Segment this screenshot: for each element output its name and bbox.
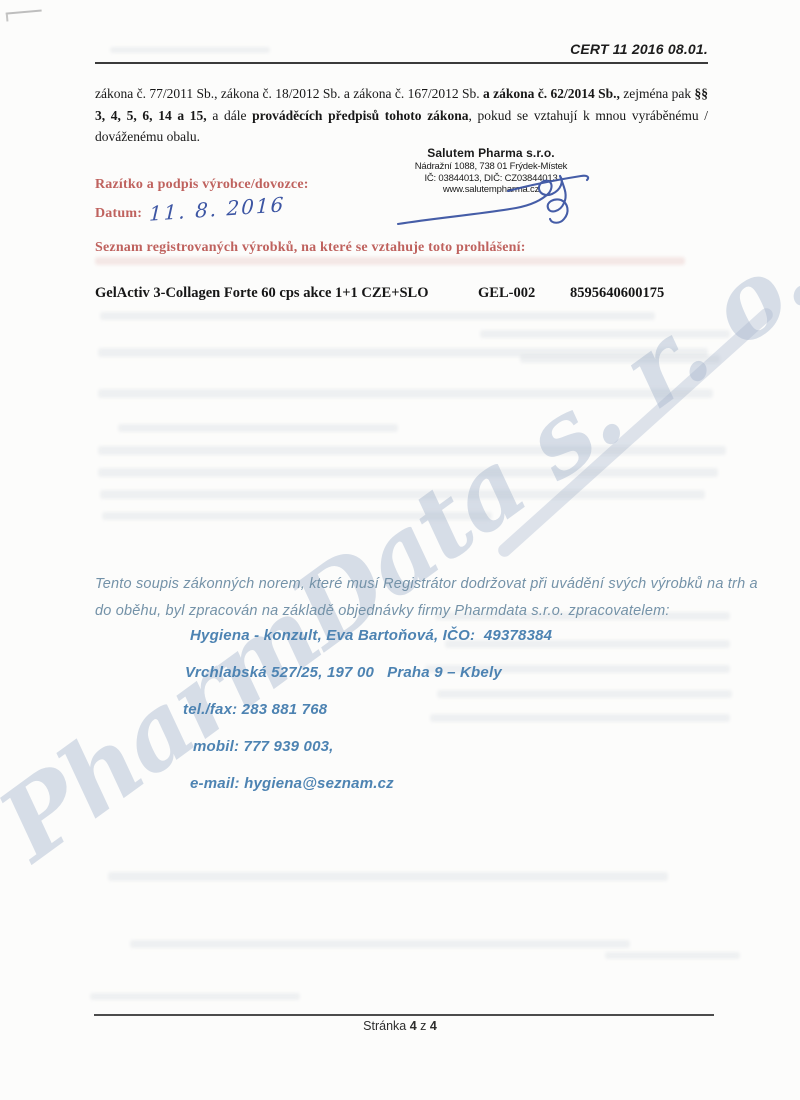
contact-mobile: mobil: 777 939 003, xyxy=(183,735,552,758)
processor-note-line: do oběhu, byl zpracován na základě objed… xyxy=(95,598,775,625)
contact-block: Hygiena - konzult, Eva Bartoňová, IČO: 4… xyxy=(183,624,552,809)
footer-page-current: 4 xyxy=(410,1019,417,1033)
stamp-company-name: Salutem Pharma s.r.o. xyxy=(396,146,586,160)
legal-text-segment: a dále xyxy=(207,108,253,123)
contact-address: Vrchlabská 527/25, 197 00 Praha 9 – Kbel… xyxy=(183,661,552,684)
header-rule xyxy=(95,62,708,64)
product-name: GelActiv 3-Collagen Forte 60 cps akce 1+… xyxy=(95,285,478,302)
processor-note-line: Tento soupis zákonných norem, které musí… xyxy=(95,571,775,598)
product-row: GelActiv 3-Collagen Forte 60 cps akce 1+… xyxy=(95,285,735,302)
handwritten-date: 11. 8. 2016 xyxy=(149,192,286,226)
product-code: GEL-002 xyxy=(478,285,570,302)
legal-text-segment: zákona č. 77/2011 Sb., zákona č. 18/2012… xyxy=(95,86,483,101)
footer-page-total: 4 xyxy=(430,1019,437,1033)
stamp-signature-label: Razítko a podpis výrobce/dovozce: xyxy=(95,177,309,193)
product-ean: 8595640600175 xyxy=(570,285,664,301)
contact-telfax: tel./fax: 283 881 768 xyxy=(183,698,552,721)
document-code: CERT 11 2016 08.01. xyxy=(570,41,708,57)
legal-bold-segment: prováděcích předpisů tohoto zákona xyxy=(252,108,468,123)
legal-text-segment: zejména pak xyxy=(620,86,695,101)
footer-page-number: Stránka 4 z 4 xyxy=(0,1019,800,1033)
footer-page-separator: z xyxy=(420,1019,426,1033)
handwritten-signature xyxy=(390,166,622,246)
footer-page-prefix: Stránka xyxy=(363,1019,406,1033)
contact-name: Hygiena - konzult, Eva Bartoňová, IČO: 4… xyxy=(183,624,552,647)
date-label: Datum: xyxy=(95,206,142,222)
scanned-document-page: PharmData s. r. o. CERT 11 2016 08.01. z… xyxy=(0,0,800,1100)
footer-rule xyxy=(94,1014,714,1016)
legal-bold-segment: a zákona č. 62/2014 Sb., xyxy=(483,86,620,101)
processor-note: Tento soupis zákonných norem, které musí… xyxy=(95,571,775,625)
legal-paragraph: zákona č. 77/2011 Sb., zákona č. 18/2012… xyxy=(95,83,708,148)
contact-email: e-mail: hygiena@seznam.cz xyxy=(183,772,552,795)
